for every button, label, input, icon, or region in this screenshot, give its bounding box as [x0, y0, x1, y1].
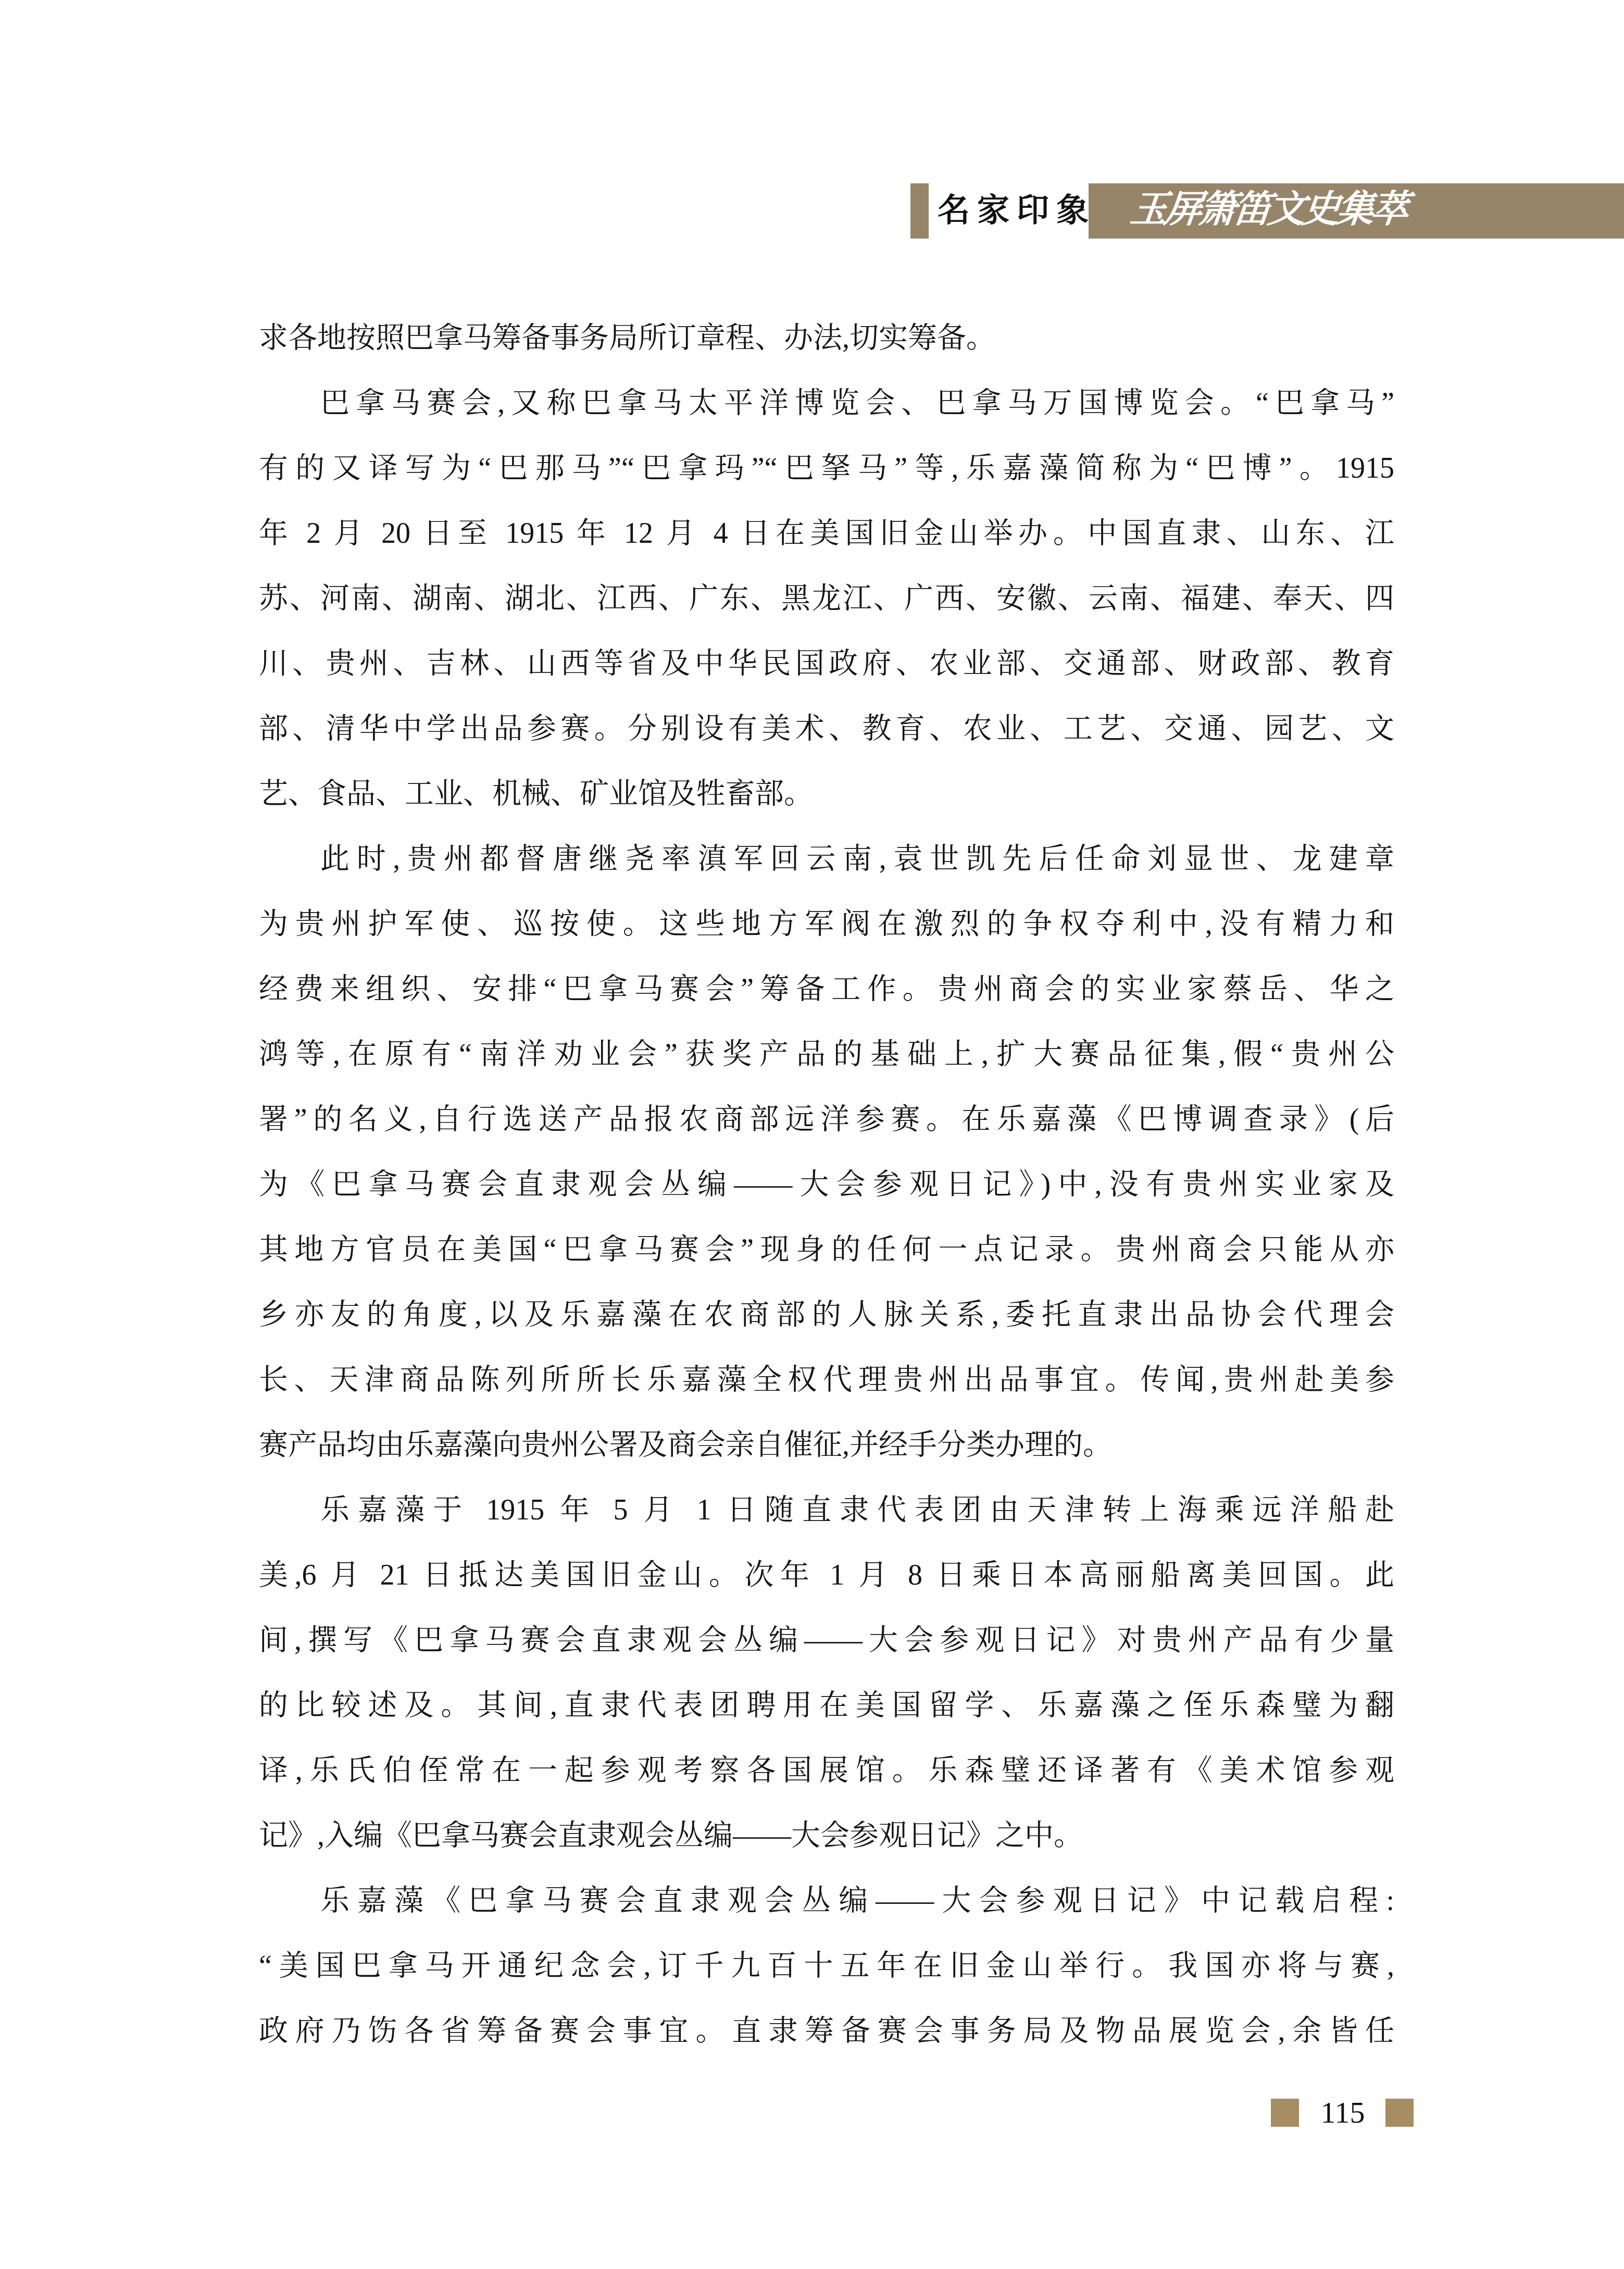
body-line: 乡亦友的角度,以及乐嘉藻在农商部的人脉关系,委托直隶出品协会代理会 [259, 1282, 1394, 1348]
body-line: 政府乃饬各省筹备赛会事宜。直隶筹备赛会事务局及物品展览会,余皆任 [259, 1999, 1394, 2064]
body-line: 乐嘉藻《巴拿马赛会直隶观会丛编——大会参观日记》中记载启程: [259, 1868, 1394, 1934]
body-line: 乐嘉藻于 1915 年 5 月 1 日随直隶代表团由天津转上海乘远洋船赴 [259, 1478, 1394, 1543]
body-line: 苏、河南、湖南、湖北、江西、广东、黑龙江、广西、安徽、云南、福建、奉天、四 [259, 566, 1394, 631]
header-title-band: 玉屏箫笛文史集萃 [1089, 183, 1624, 239]
header-section-label: 名家印象 [938, 183, 1096, 239]
body-line: 年 2 月 20 日至 1915 年 12 月 4 日在美国旧金山举办。中国直隶… [259, 501, 1394, 566]
body-text-block: 求各地按照巴拿马筹备事务局所订章程、办法,切实筹备。 巴拿马赛会,又称巴拿马太平… [259, 306, 1394, 2064]
body-line: 译,乐氏伯侄常在一起参观考察各国展馆。乐森璧还译著有《美术馆参观 [259, 1738, 1394, 1803]
body-line: 为《巴拿马赛会直隶观会丛编——大会参观日记》)中,没有贵州实业家及 [259, 1152, 1394, 1217]
body-line: “美国巴拿马开通纪念会,订千九百十五年在旧金山举行。我国亦将与赛, [259, 1934, 1394, 1999]
header-calligraphy-title: 玉屏箫笛文史集萃 [1127, 183, 1408, 239]
body-line: 有的又译写为“巴那马”“巴拿玛”“巴拏马”等,乐嘉藻简称为“巴博”。1915 [259, 436, 1394, 501]
body-line: 赛产品均由乐嘉藻向贵州公署及商会亲自催征,并经手分类办理的。 [259, 1413, 1394, 1478]
body-line: 鸿等,在原有“南洋劝业会”获奖产品的基础上,扩大赛品征集,假“贵州公 [259, 1022, 1394, 1087]
body-line: 署”的名义,自行选送产品报农商部远洋参赛。在乐嘉藻《巴博调查录》(后 [259, 1087, 1394, 1152]
body-line: 巴拿马赛会,又称巴拿马太平洋博览会、巴拿马万国博览会。“巴拿马” [259, 371, 1394, 436]
body-line: 部、清华中学出品参赛。分别设有美术、教育、农业、工艺、交通、园艺、文 [259, 696, 1394, 762]
body-line: 艺、食品、工业、机械、矿业馆及牲畜部。 [259, 762, 1394, 827]
body-line: 此时,贵州都督唐继尧率滇军回云南,袁世凯先后任命刘显世、龙建章 [259, 827, 1394, 892]
body-line: 间,撰写《巴拿马赛会直隶观会丛编——大会参观日记》对贵州产品有少量 [259, 1608, 1394, 1673]
body-line: 为贵州护军使、巡按使。这些地方军阀在激烈的争权夺利中,没有精力和 [259, 892, 1394, 957]
body-line: 美,6 月 21 日抵达美国旧金山。次年 1 月 8 日乘日本高丽船离美回国。此 [259, 1543, 1394, 1608]
body-line: 长、天津商品陈列所所长乐嘉藻全权代理贵州出品事宜。传闻,贵州赴美参 [259, 1348, 1394, 1413]
body-line: 记》,入编《巴拿马赛会直隶观会丛编——大会参观日记》之中。 [259, 1803, 1394, 1868]
body-line: 经费来组织、安排“巴拿马赛会”筹备工作。贵州商会的实业家蔡岳、华之 [259, 957, 1394, 1022]
header-accent-bar [910, 183, 929, 239]
footer-right-square [1385, 2099, 1414, 2127]
body-line: 求各地按照巴拿马筹备事务局所订章程、办法,切实筹备。 [259, 306, 1394, 371]
page-number: 115 [1306, 2093, 1379, 2133]
footer-left-square [1271, 2099, 1299, 2127]
book-page: 名家印象 玉屏箫笛文史集萃 求各地按照巴拿马筹备事务局所订章程、办法,切实筹备。… [0, 0, 1624, 2269]
body-line: 其地方官员在美国“巴拿马赛会”现身的任何一点记录。贵州商会只能从亦 [259, 1217, 1394, 1282]
body-line: 川、贵州、吉林、山西等省及中华民国政府、农业部、交通部、财政部、教育 [259, 631, 1394, 696]
body-line: 的比较述及。其间,直隶代表团聘用在美国留学、乐嘉藻之侄乐森璧为翻 [259, 1673, 1394, 1738]
